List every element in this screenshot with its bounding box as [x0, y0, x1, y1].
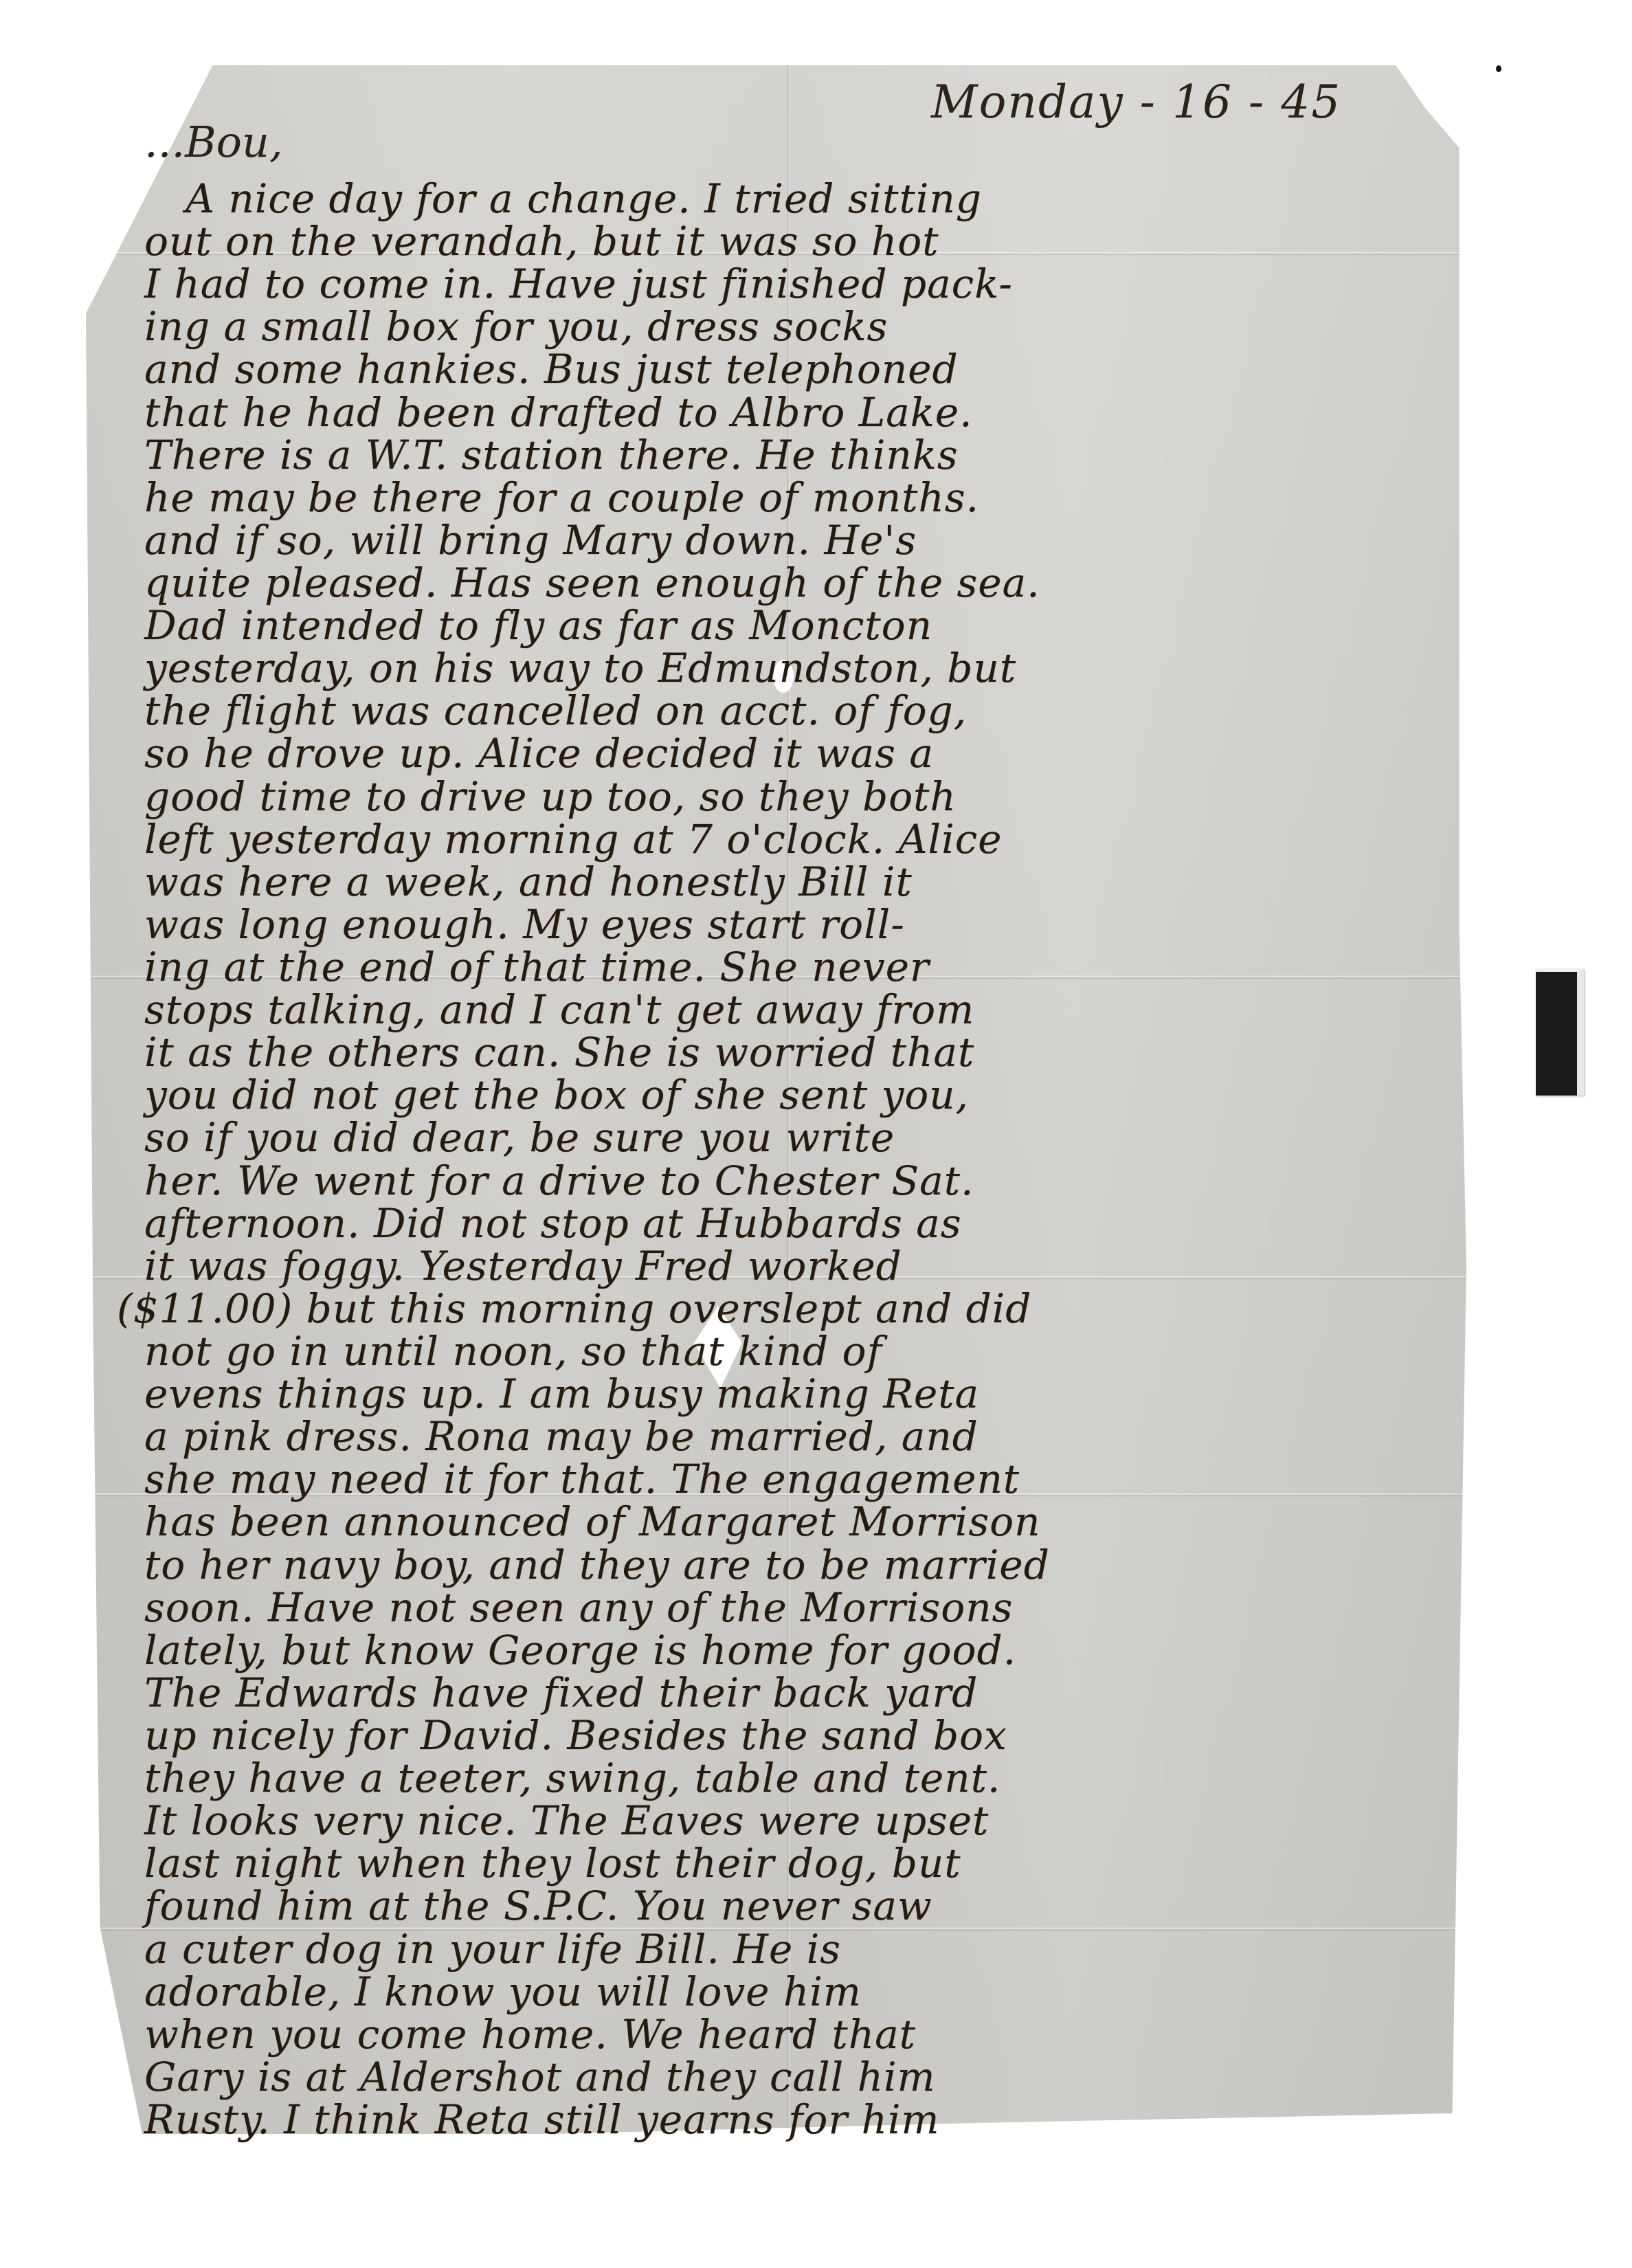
letter-line: out on the verandah, but it was so hot — [144, 218, 939, 265]
letter-line: adorable, I know you will love him — [144, 1968, 862, 2015]
letter-line: left yesterday morning at 7 o'clock. Ali… — [144, 816, 1002, 863]
letter-line: so he drove up. Alice decided it was a — [144, 730, 934, 777]
letter-line: was long enough. My eyes start roll- — [144, 901, 905, 948]
letter-line: he may be there for a couple of months. — [144, 474, 979, 521]
letter-line: was here a week, and honestly Bill it — [144, 858, 913, 905]
letter-line: the flight was cancelled on acct. of fog… — [144, 687, 967, 734]
letter-line: it was foggy. Yesterday Fred worked — [144, 1243, 902, 1289]
letter-line: found him at the S.P.C. You never saw — [144, 1882, 932, 1929]
letter-line: when you come home. We heard that — [144, 2011, 916, 2058]
letter-line: stops talking, and I can't get away from — [144, 986, 974, 1033]
letter-line: Rusty. I think Reta still yearns for him — [144, 2096, 939, 2143]
letter-line: not go in until noon, so that kind of — [144, 1328, 882, 1375]
letter-line: to her navy boy, and they are to be marr… — [144, 1542, 1050, 1588]
letter-line: you did not get the box of she sent you, — [144, 1071, 969, 1118]
letter-line: up nicely for David. Besides the sand bo… — [144, 1712, 1007, 1759]
letter-line: good time to drive up too, so they both — [144, 773, 957, 820]
letter-line: it as the others can. She is worried tha… — [144, 1029, 974, 1076]
black-tape-tab — [1536, 969, 1584, 1096]
letter-line: I had to come in. Have just finished pac… — [144, 260, 1013, 307]
letter-line: and some hankies. Bus just telephoned — [144, 346, 959, 392]
letter-line: that he had been drafted to Albro Lake. — [144, 389, 973, 436]
letter-line: a cuter dog in your life Bill. He is — [144, 1926, 841, 1972]
letter-line: a pink dress. Rona may be married, and — [144, 1413, 979, 1460]
letter-line: It looks very nice. The Eaves were upset — [144, 1797, 989, 1844]
letter-line: she may need it for that. The engagement — [144, 1456, 1020, 1502]
letter-line: and if so, will bring Mary down. He's — [144, 517, 917, 564]
letter-line: There is a W.T. station there. He thinks — [144, 432, 959, 478]
letter-salutation: ...Bou, — [144, 117, 283, 167]
letter-date: Monday - 16 - 45 — [931, 76, 1341, 129]
letter-line: lately, but know George is home for good… — [144, 1627, 1016, 1674]
letter-line: ($11.00) but this morning overslept and … — [117, 1285, 1031, 1332]
letter-line: Gary is at Aldershot and they call him — [144, 2054, 936, 2100]
letter-line: Dad intended to fly as far as Moncton — [144, 602, 932, 649]
ink-speck — [1496, 65, 1501, 72]
letter-line: quite pleased. Has seen enough of the se… — [144, 559, 1040, 606]
letter-line: yesterday, on his way to Edmundston, but — [144, 645, 1016, 691]
letter-line: has been announced of Margaret Morrison — [144, 1498, 1040, 1545]
letter-line: evens things up. I am busy making Reta — [144, 1370, 979, 1417]
letter-line: The Edwards have fixed their back yard — [144, 1669, 978, 1716]
letter-line: A nice day for a change. I tried sitting — [186, 175, 982, 222]
letter-line: her. We went for a drive to Chester Sat. — [144, 1157, 974, 1204]
letter-line: afternoon. Did not stop at Hubbards as — [144, 1200, 962, 1247]
letter-line: ing a small box for you, dress socks — [144, 303, 888, 350]
letter-line: so if you did dear, be sure you write — [144, 1114, 895, 1161]
letter-line: last night when they lost their dog, but — [144, 1840, 961, 1887]
letter-line: ing at the end of that time. She never — [144, 944, 930, 990]
letter-line: soon. Have not seen any of the Morrisons — [144, 1584, 1013, 1631]
letter-line: they have a teeter, swing, table and ten… — [144, 1755, 1001, 1801]
